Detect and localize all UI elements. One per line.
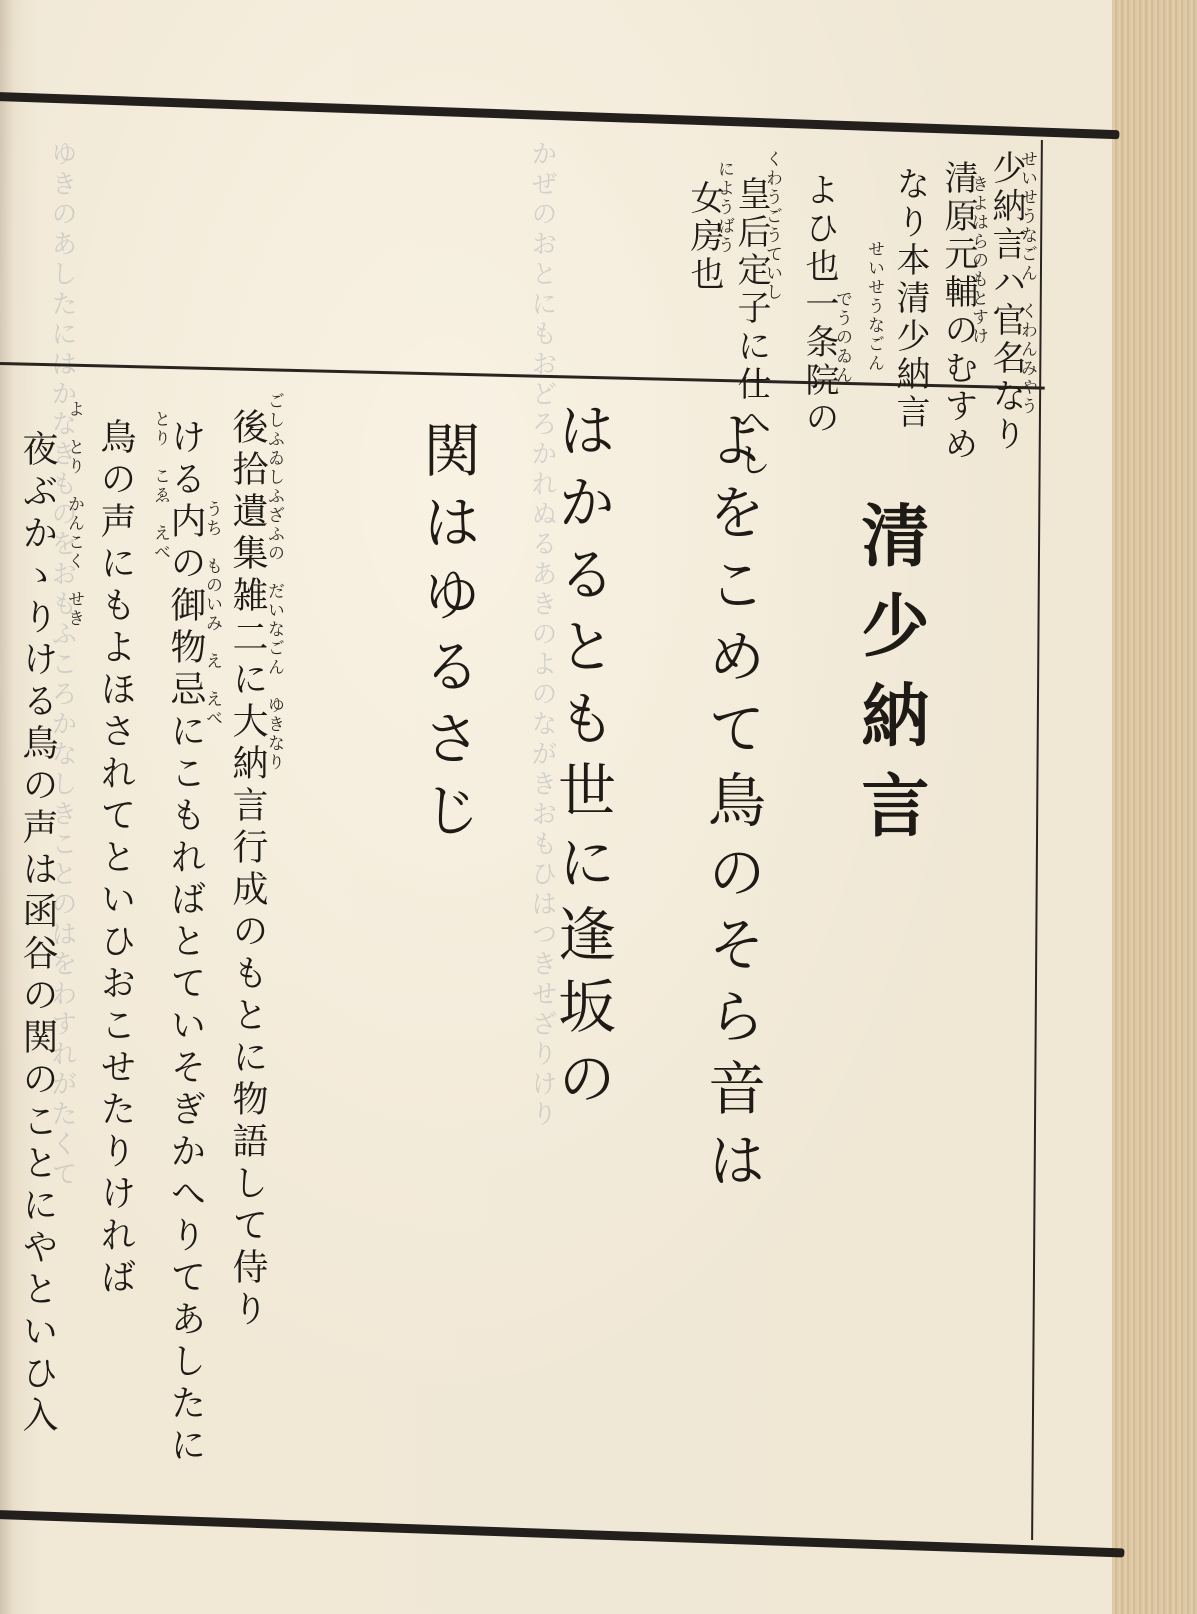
commentary-ruby: よ とり かんこく せき <box>62 400 87 628</box>
commentary-line: 夜ぶかゝりける鳥の声は函谷の関のことにやといひ入 <box>12 430 63 1438</box>
commentary-ruby: とり こゑ えべ <box>148 410 173 562</box>
headnote-ruby: にようばう <box>712 160 737 255</box>
headnote-ruby: でうのゐん <box>830 290 855 385</box>
poet-name-title: 清少納言 <box>842 500 939 860</box>
headnote-ruby: せいせうなごん <box>862 240 887 373</box>
book-page-edges <box>1112 0 1197 1614</box>
commentary-ruby: ごしふゐしふざふの だいなごん ゆきなり <box>262 392 287 772</box>
poem-line: 関はゆるさじ <box>405 420 489 852</box>
headnote-ruby: せいせうなごん くわんみやう <box>1015 150 1040 416</box>
headnote-ruby: きよはらのもとすけ <box>966 175 991 346</box>
commentary-ruby: うち ものいみ え えべ <box>200 500 225 728</box>
commentary-line: 鳥の声にもよほされてといひおこせたりければ <box>90 418 141 1300</box>
poem-line: はかるとも世に逢坂の <box>540 400 624 1120</box>
poem-line: よをこめて鳥のそら音は <box>690 410 774 1202</box>
headnote-line: なり本清少納言 <box>886 166 935 432</box>
headnote-ruby: くわうごうていし <box>760 150 785 302</box>
